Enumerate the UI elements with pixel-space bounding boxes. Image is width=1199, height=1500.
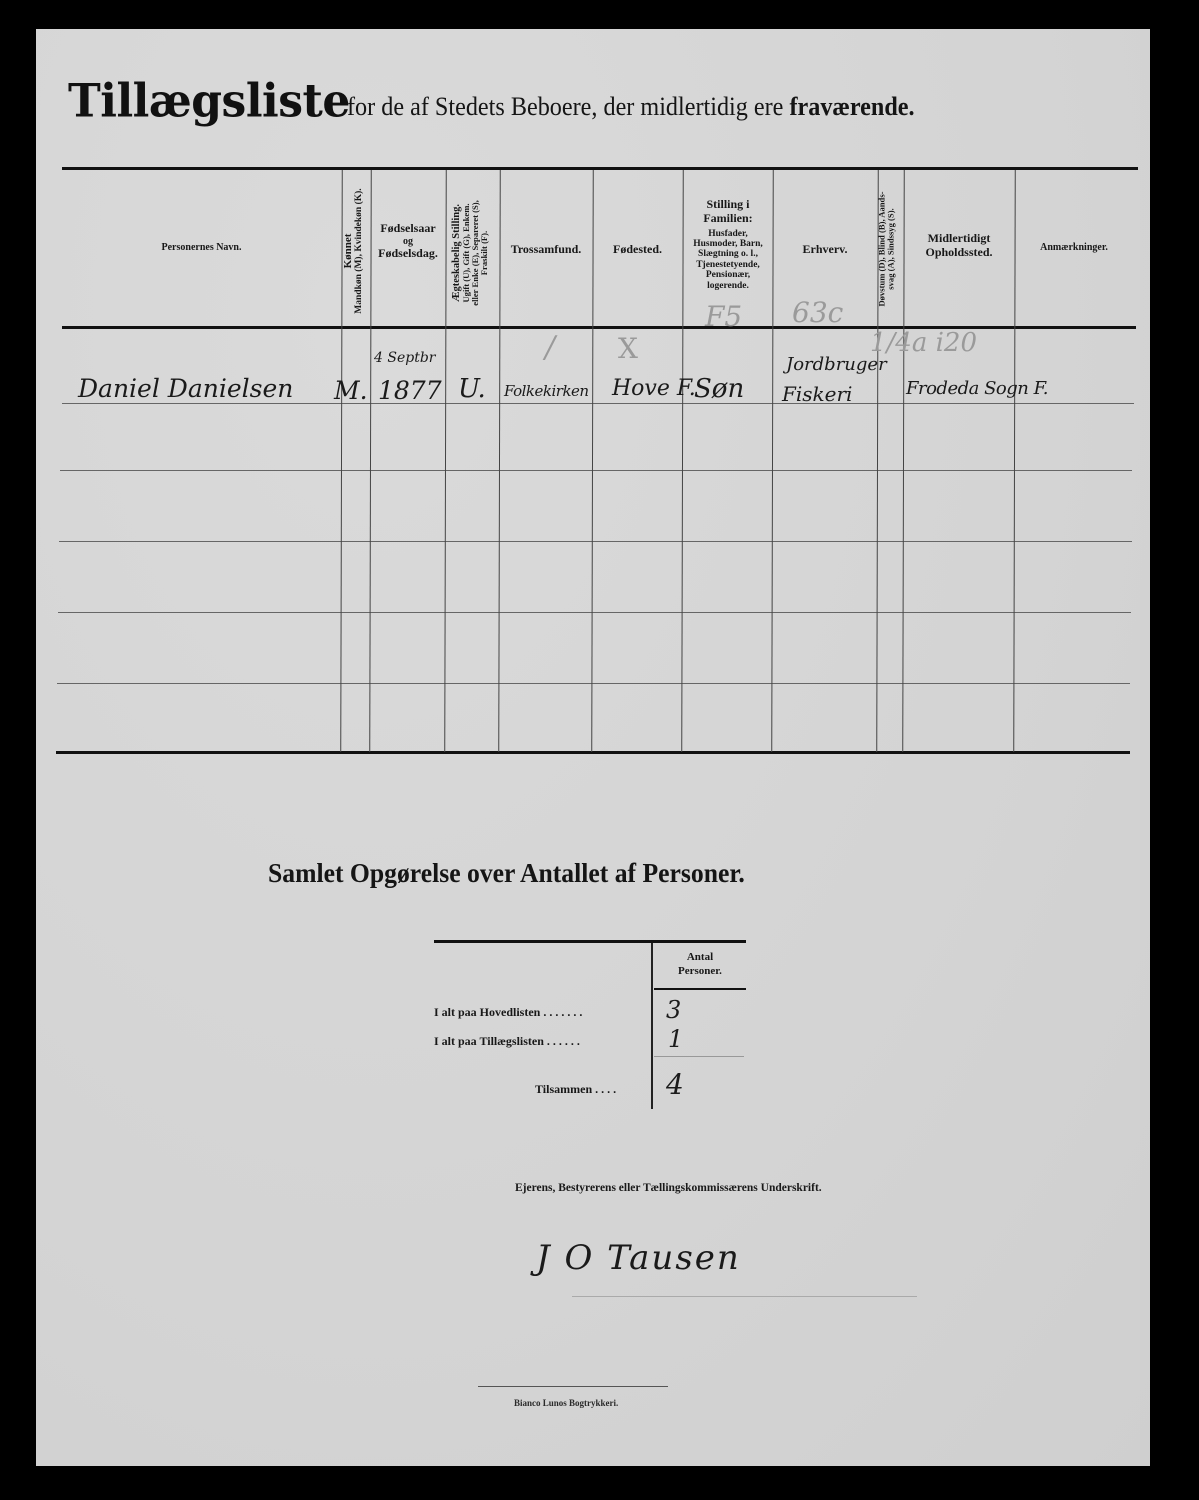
table-top-rule bbox=[62, 167, 1138, 170]
summary-top-rule bbox=[434, 940, 746, 943]
header-sex: Kønnet Mandkøn (M), Kvindekøn (K). bbox=[343, 181, 369, 321]
row-rule bbox=[59, 541, 1132, 542]
row-rule bbox=[62, 403, 1134, 404]
table-bottom-rule bbox=[56, 751, 1130, 754]
header-marital-line4: Fraskilt (F). bbox=[480, 184, 489, 322]
header-sex-line2: Mandkøn (M), Kvindekøn (K). bbox=[355, 181, 365, 321]
summary-column-rule bbox=[651, 943, 653, 1109]
summary-col-header-line2: Personer. bbox=[654, 964, 746, 978]
header-family-position: Stilling i Familien: Husfader, Husmoder,… bbox=[686, 198, 770, 291]
pencil-mark-occupation: 63c bbox=[792, 296, 843, 329]
cell-occupation-line2: Fiskeri bbox=[782, 382, 852, 406]
header-disability: Døvstum (D), Blind (B), Aands- svag (A),… bbox=[878, 182, 904, 317]
form-title: Tillægsliste bbox=[68, 75, 350, 129]
form-subtitle-emphasis: fraværende. bbox=[789, 92, 914, 121]
header-temp-line1: Midlertidigt bbox=[904, 232, 1014, 246]
summary-label-total: Tilsammen . . . . bbox=[535, 1082, 616, 1097]
summary-header-rule bbox=[654, 988, 746, 990]
cell-marital: U. bbox=[458, 374, 486, 404]
summary-col-header-line1: Antal bbox=[654, 950, 746, 964]
cell-family-position: Søn bbox=[694, 374, 744, 404]
printer-imprint: Bianco Lunos Bogtrykkeri. bbox=[514, 1398, 618, 1408]
summary-label-supplement-list: I alt paa Tillægslisten . . . . . . bbox=[434, 1034, 580, 1049]
header-temp-line2: Opholdssted. bbox=[904, 246, 1014, 260]
row-rule bbox=[60, 470, 1132, 471]
summary-value-main-list: 3 bbox=[666, 996, 681, 1024]
header-remarks: Anmærkninger. bbox=[1015, 243, 1133, 254]
cell-religion: Folkekirken bbox=[504, 382, 589, 400]
pencil-mark-religion: / bbox=[545, 330, 555, 365]
signature-value: J O Tausen bbox=[536, 1238, 741, 1278]
cell-name: Daniel Danielsen bbox=[78, 374, 293, 403]
printer-rule bbox=[478, 1386, 668, 1387]
pencil-mark-birthplace: X bbox=[618, 332, 638, 365]
header-birth-line1: Fødselsaar bbox=[371, 222, 445, 236]
header-family-line1: Stilling i bbox=[686, 198, 770, 212]
header-disability-line2: svag (A), Sindssyg (S). bbox=[887, 182, 896, 317]
cell-sex: M. bbox=[334, 376, 368, 405]
header-family-line2: Familien: bbox=[686, 212, 770, 226]
header-occupation: Erhverv. bbox=[773, 243, 877, 257]
header-birthplace: Fødested. bbox=[593, 243, 682, 257]
cell-birthplace: Hove F. bbox=[612, 376, 696, 401]
cell-occupation-line1: Jordbruger bbox=[786, 354, 887, 375]
form-subtitle-text: for de af Stedets Beboere, der midlertid… bbox=[347, 92, 783, 121]
signature-line bbox=[572, 1296, 917, 1297]
signature-label: Ejerens, Bestyrerens eller Tællingskommi… bbox=[515, 1182, 822, 1194]
header-family-sub: Husfader, Husmoder, Barn, Slægtning o. l… bbox=[686, 229, 770, 292]
pencil-mark-family: F5 bbox=[705, 300, 742, 333]
header-birth: Fødselsaar og Fødselsdag. bbox=[371, 222, 445, 261]
header-name: Personernes Navn. bbox=[62, 243, 341, 254]
summary-title: Samlet Opgørelse over Antallet af Person… bbox=[268, 858, 745, 889]
summary-subtotal-rule bbox=[654, 1056, 744, 1057]
row-rule bbox=[57, 683, 1130, 684]
summary-value-total: 4 bbox=[666, 1068, 684, 1101]
summary-value-supplement-list: 1 bbox=[668, 1025, 683, 1053]
header-sex-line1: Kønnet bbox=[343, 181, 355, 321]
summary-col-header: Antal Personer. bbox=[654, 950, 746, 979]
header-religion: Trossamfund. bbox=[500, 243, 592, 257]
header-birth-line3: Fødselsdag. bbox=[371, 247, 445, 261]
summary-label-main-list: I alt paa Hovedlisten . . . . . . . bbox=[434, 1005, 582, 1020]
header-temp-residence: Midlertidigt Opholdssted. bbox=[904, 232, 1014, 260]
cell-birth-day: 4 Septbr bbox=[374, 350, 435, 366]
header-marital: Ægteskabelig Stilling. Ugift (U), Gift (… bbox=[451, 184, 495, 322]
cell-birth-year: 1877 bbox=[378, 376, 442, 405]
row-rule bbox=[58, 612, 1131, 613]
cell-temp-residence: Frodeda Sogn F. bbox=[906, 378, 1048, 399]
form-subtitle: for de af Stedets Beboere, der midlertid… bbox=[347, 92, 915, 122]
